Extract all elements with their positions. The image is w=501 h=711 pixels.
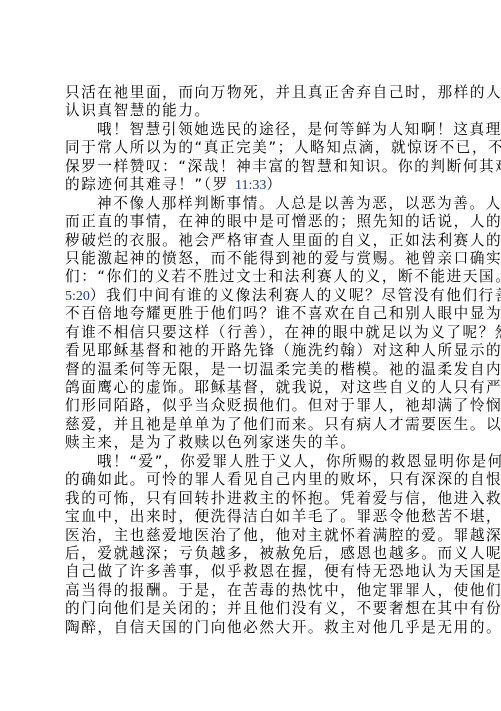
text-line: 而正直的事情，在神的眼中是可憎恶的；照先知的话说，人的义就像污 [65,213,439,231]
text-line: 我的可怖，只有回转扑进救主的怀抱。凭着爱与信，他进入救主圣洁的 [65,490,439,508]
text-line: 们：“你们的义若不胜过文士和法利赛人的义，断不能进天国。”（太 [65,268,439,286]
text-line: 赎主来，是为了救赎以色列家迷失的羊。 [65,434,439,452]
text-line: 不百倍地夸耀更胜于他们吗？谁不喜欢在自己和别人眼中显为义呢？又 [65,305,439,323]
text-line: 慈爱，并且祂是单单为了他们而来。只有病人才需要医生。以色列的救 [65,416,439,434]
text-line: 的门向他们是关闭的；并且他们没有义，不要奢想在其中有份。他自我 [65,600,439,618]
text-line: 陶醉，自信天国的门向他必然大开。救主对他几乎是无用的。他满载功 [65,619,439,637]
text-line: 有谁不相信只要这样（行善），在神的眼中就足以为义了呢？然而我们 [65,324,439,342]
text-line: 医治，主也慈爱地医治了他，他对主就怀着满腔的爱。罪越深，得医治 [65,527,439,545]
line-text-after-reference: ）我们中间有谁的义像法利赛人的义呢？尽管没有他们行善多，岂 [90,287,501,304]
text-line: 宝血中，出来时，便洗得洁白如羊毛了。罪恶令他愁苦不堪，只有主能 [65,508,439,526]
text-line: 哦！“爱”，你爱罪人胜于义人，你所赐的救恩显明你是何等忌邪！ [65,453,439,471]
text-line: 只能激起神的愤怒，而不能得到祂的爱与赏赐。祂曾亲口确实地告诉我 [65,250,439,268]
text-line: 督的温柔何等无限，是一切温柔完美的楷模。祂的温柔发自内心，没有 [65,361,439,379]
text-line: 5:20）我们中间有谁的义像法利赛人的义呢？尽管没有他们行善多，岂 [65,287,439,305]
scripture-reference: 5:20 [65,289,90,304]
text-line: 的踪迹何其难寻！”（罗 11:33） [65,176,439,194]
text-line: 只活在祂里面，而向万物死，并且真正舍弃自己时，那样的人才有些许 [65,84,439,102]
text-line: 神不像人那样判断事情。人总是以善为恶，以恶为善。人看为伟大 [65,195,439,213]
document-page: 只活在祂里面，而向万物死，并且真正舍弃自己时，那样的人才有些许认识真智慧的能力。… [65,84,439,637]
text-line: 们形同陌路，似乎当众贬损他们。但对于罪人，祂却满了怜悯、同情与 [65,397,439,415]
line-text-after-reference: ） [266,176,282,193]
line-text-before-reference: 的踪迹何其难寻！”（罗 [65,176,235,193]
text-line: 认识真智慧的能力。 [65,102,439,120]
text-line: 的确如此。可怜的罪人看见自己内里的败坏，只有深深的自恨；发现自 [65,471,439,489]
text-line: 后，爱就越深；亏负越多，被赦免后，感恩也越多。而义人呢？他仗着 [65,545,439,563]
scripture-reference: 11:33 [235,178,266,193]
text-line: 同于常人所以为的“真正完美”；人略知点滴，就惊讶不已，不禁像圣 [65,139,439,157]
text-line: 鸽面鹰心的虚饰。耶稣基督，就我说，对这些自义的人只有严厉，跟他 [65,379,439,397]
text-line: 保罗一样赞叹：“深哉！神丰富的智慧和知识。你的判断何其难测！你 [65,158,439,176]
text-line: 秽破烂的衣服。祂会严格审查人里面的自义，正如法利赛人的义，他们 [65,232,439,250]
text-line: 哦！智慧引领她选民的途径，是何等鲜为人知啊！这真理，迥然不 [65,121,439,139]
text-line: 高当得的报酬。于是，在苦毒的热忱中，他定罪罪人，使他们相信天国 [65,582,439,600]
text-line: 自己做了许多善事，似乎救恩在握，便有恃无恐地认为天国是他劳苦功 [65,563,439,581]
text-line: 看见耶稣基督和祂的开路先锋（施洗约翰）对这种人所显示的愤怒。基 [65,342,439,360]
